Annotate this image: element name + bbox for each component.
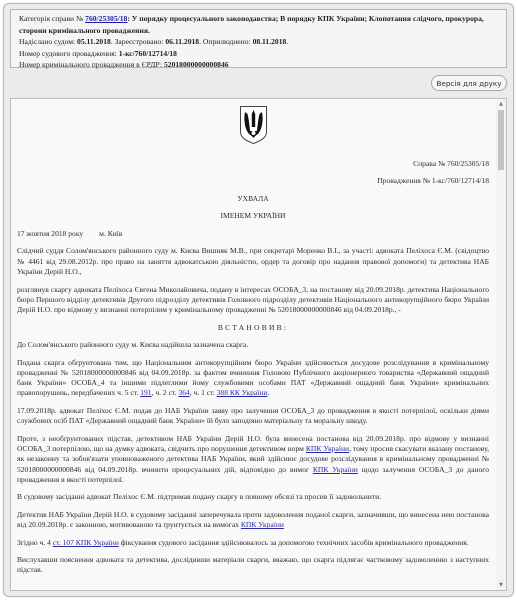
kpk-link-1[interactable]: КПК України	[306, 444, 349, 453]
scroll-down-icon[interactable]: ▼	[496, 580, 506, 590]
p4-text-b: , ч. 2 ст.	[152, 388, 177, 397]
paragraph-10: Вислухавши пояснення адвоката та детекти…	[17, 555, 489, 576]
case-info-box: Категорія справи № 760/25305/18: У поряд…	[10, 9, 507, 68]
law-link-191[interactable]: 191	[140, 388, 151, 397]
scroll-up-icon[interactable]: ▲	[496, 99, 506, 109]
document-subtitle: ІМЕНЕМ УКРАЇНИ	[17, 211, 489, 221]
erdr-number-line: Номер кримінального провадження в ЄРДР: …	[19, 59, 506, 71]
paragraph-3: До Солом'янського районного суду м. Києв…	[17, 340, 489, 350]
case-number-line: Справа № 760/25305/18	[17, 159, 489, 169]
paragraph-6: Проте, з необґрунтованих підстав, детект…	[17, 434, 489, 485]
p9-text-a: Згідно ч. 4	[17, 538, 51, 547]
scrollbar-thumb[interactable]	[498, 110, 504, 170]
kpk-link-3[interactable]: КПК України	[241, 520, 284, 529]
case-number-link[interactable]: 760/25305/18	[85, 14, 127, 23]
category-label: Категорія справи №	[19, 14, 83, 23]
document-city: м. Київ	[99, 229, 122, 238]
erdr-number: 52018000000000846	[164, 60, 229, 69]
kpk-link-2[interactable]: КПК України	[313, 465, 358, 474]
dates-line: Надіслано судом: 05.11.2018. Зареєстрова…	[19, 36, 506, 48]
document-content: Справа № 760/25305/18 Провадження № 1-кс…	[17, 105, 489, 583]
print-version-button[interactable]: Версія для друку	[431, 75, 507, 91]
document-title: УХВАЛА	[17, 194, 489, 204]
law-link-388[interactable]: 388 КК України	[217, 388, 268, 397]
erdr-label: Номер кримінального провадження в ЄРДР:	[19, 60, 162, 69]
registered-date: 06.11.2018	[165, 37, 199, 46]
proceeding-label: Номер судового провадження:	[19, 49, 117, 58]
paragraph-4: Подана скарга обґрунтована тим, що Націо…	[17, 358, 489, 399]
law-link-364[interactable]: 364	[178, 388, 189, 397]
kpk-article-107-link[interactable]: ст. 107 КПК України	[53, 538, 119, 547]
sent-date: 05.11.2018	[77, 37, 111, 46]
published-date: 08.11.2018	[253, 37, 287, 46]
date-place-line: 17 жовтня 2018 рокум. Київ	[17, 229, 489, 239]
section-heading: ВСТАНОВИВ:	[17, 323, 489, 333]
proceeding-line: Провадження № 1-кс/760/12714/18	[17, 176, 489, 186]
p4-text-c: , ч. 1 ст.	[190, 388, 215, 397]
proceeding-number: 1-кс/760/12714/18	[119, 49, 177, 58]
paragraph-5: 17.09.2018р. адвокат Пеліхос Є.М. подав …	[17, 406, 489, 427]
document-viewer-panel: Категорія справи № 760/25305/18: У поряд…	[3, 3, 514, 597]
ukraine-trident-emblem-icon	[239, 105, 268, 145]
registered-label: Зареєстровано:	[115, 37, 164, 46]
published-label: Оприлюднено:	[203, 37, 251, 46]
paragraph-8: Детектив НАБ України Дерій Н.О. в судово…	[17, 510, 489, 531]
p9-text-b: фіксування судового засідання здійснювал…	[121, 538, 469, 547]
sent-label: Надіслано судом:	[19, 37, 75, 46]
paragraph-9: Згідно ч. 4 ст. 107 КПК України фіксуван…	[17, 538, 489, 548]
case-category-line: Категорія справи № 760/25305/18: У поряд…	[19, 13, 506, 36]
p4-text-d: .	[267, 388, 269, 397]
paragraph-2: розглянув скаргу адвоката Пеліхоса Євген…	[17, 285, 489, 316]
paragraph-1: Слідчий суддя Солом'янського районного с…	[17, 246, 489, 277]
document-frame[interactable]: Справа № 760/25305/18 Провадження № 1-кс…	[10, 98, 507, 591]
proceeding-number-line: Номер судового провадження: 1-кс/760/127…	[19, 48, 506, 60]
document-date: 17 жовтня 2018 року	[17, 229, 83, 238]
paragraph-7: В судовому засіданні адвокат Пеліхос Є.М…	[17, 492, 489, 502]
vertical-scrollbar[interactable]: ▲ ▼	[496, 99, 506, 590]
